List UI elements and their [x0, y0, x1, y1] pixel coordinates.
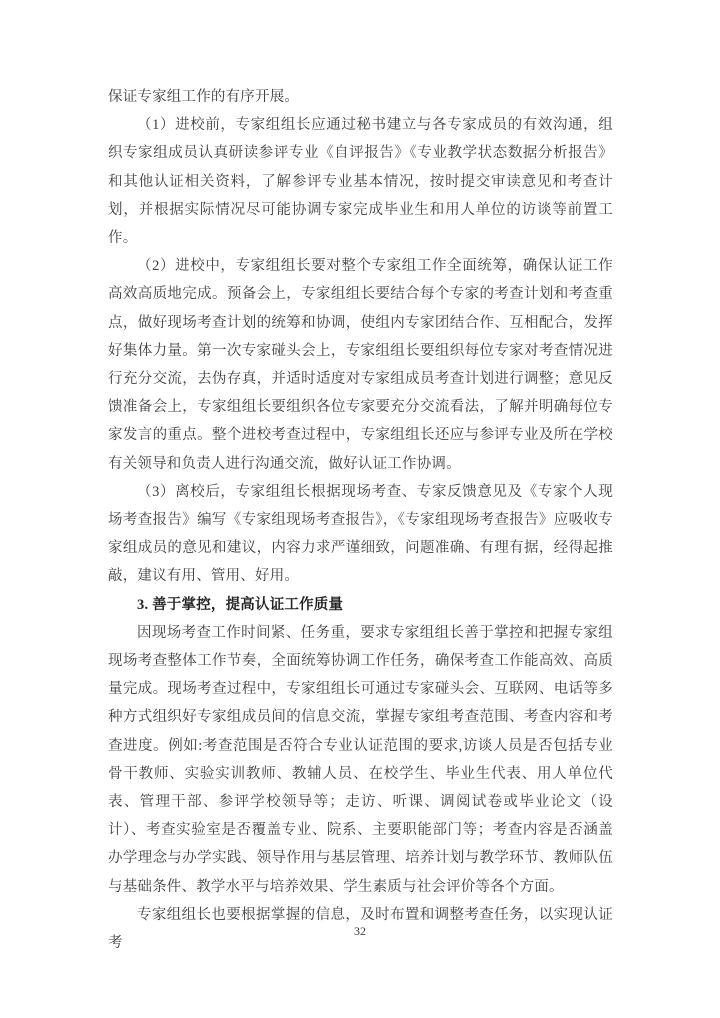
document-page: 保证专家组工作的有序开展。（1）进校前，专家组组长应通过秘书建立与各专家成员的有…	[0, 0, 720, 1018]
paragraph-continuation: 保证专家组工作的有序开展。	[108, 83, 613, 111]
paragraph-item-2: （2）进校中，专家组组长要对整个专家组工作全面统筹，确保认证工作高效高质地完成。…	[108, 252, 613, 478]
page-number: 32	[0, 924, 720, 939]
paragraph-item-1: （1）进校前，专家组组长应通过秘书建立与各专家成员的有效沟通，组织专家组成员认真…	[108, 111, 613, 252]
paragraph-section-3-body: 因现场考查工作时间紧、任务重，要求专家组组长善于掌控和把握专家组现场考查整体工作…	[108, 619, 613, 901]
document-body: 保证专家组工作的有序开展。（1）进校前，专家组组长应通过秘书建立与各专家成员的有…	[108, 83, 613, 957]
paragraph-item-3: （3）离校后，专家组组长根据现场考查、专家反馈意见及《专家个人现场考查报告》编写…	[108, 478, 613, 591]
section-heading-3: 3. 善于掌控，提高认证工作质量	[108, 591, 613, 619]
